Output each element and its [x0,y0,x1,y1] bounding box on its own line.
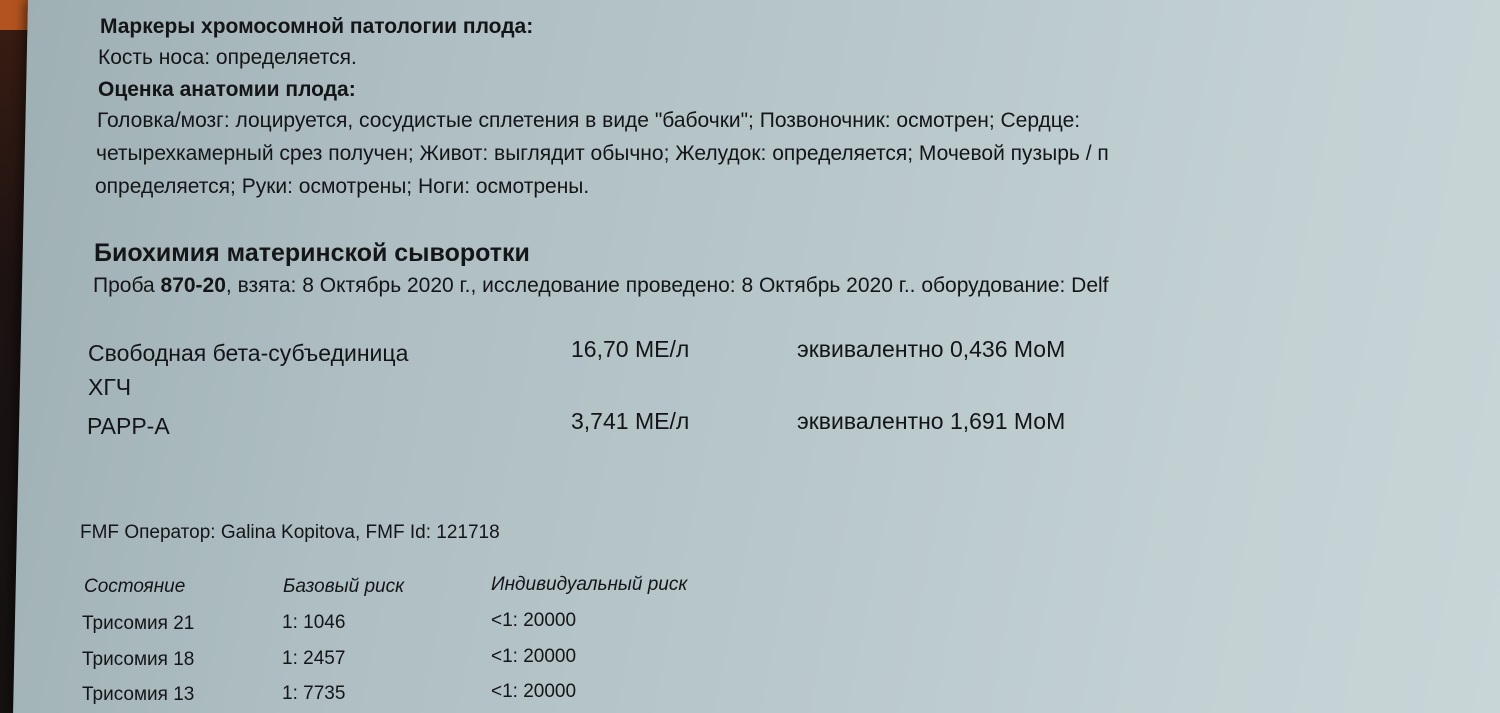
hcg-mom: эквивалентно 0,436 МоМ [797,336,1065,363]
hcg-label-2: ХГЧ [88,374,131,401]
risk-row-t18-individual: <1: 20000 [491,646,576,668]
markers-title: Маркеры хромосомной патологии плода: [100,15,533,39]
anatomy-title: Оценка анатомии плода: [98,78,356,102]
sample-id: 870-20 [161,274,226,297]
biochem-title: Биохимия материнской сыворотки [94,239,530,268]
risk-row-t21-condition: Трисомия 21 [82,613,194,635]
pappa-value: 3,741 МЕ/л [571,408,689,435]
anatomy-line-1: Головка/мозг: лоцируется, сосудистые спл… [97,109,1080,133]
sample-details: , взята: 8 Октябрь 2020 г., исследование… [226,274,1109,297]
risk-row-t21-individual: <1: 20000 [491,610,576,632]
risk-row-t18-base: 1: 2457 [282,648,345,670]
hcg-label: Свободная бета-субъединица [88,340,408,367]
risk-row-t13-base: 1: 7735 [282,683,345,705]
risk-row-t13-individual: <1: 20000 [491,681,576,703]
sample-prefix: Проба [93,274,161,297]
anatomy-line-3: определяется; Руки: осмотрены; Ноги: осм… [95,175,589,199]
anatomy-line-2: четырехкамерный срез получен; Живот: выг… [96,142,1109,166]
sample-info: Проба 870-20, взята: 8 Октябрь 2020 г., … [93,274,1109,298]
risk-row-t13-condition: Трисомия 13 [82,684,194,706]
risk-header-condition: Состояние [84,576,185,598]
pappa-mom: эквивалентно 1,691 МоМ [797,408,1065,435]
fmf-operator: FMF Оператор: Galina Kopitova, FMF Id: 1… [80,522,500,544]
risk-header-base: Базовый риск [283,576,404,598]
document-content: Маркеры хромосомной патологии плода: Кос… [0,0,1500,713]
risk-row-t18-condition: Трисомия 18 [82,649,194,671]
risk-header-individual: Индивидуальный риск [491,574,687,596]
risk-row-t21-base: 1: 1046 [282,612,345,634]
nasal-bone-text: Кость носа: определяется. [98,46,357,70]
pappa-label: PAPP-A [87,413,170,440]
hcg-value: 16,70 МЕ/л [571,336,689,363]
